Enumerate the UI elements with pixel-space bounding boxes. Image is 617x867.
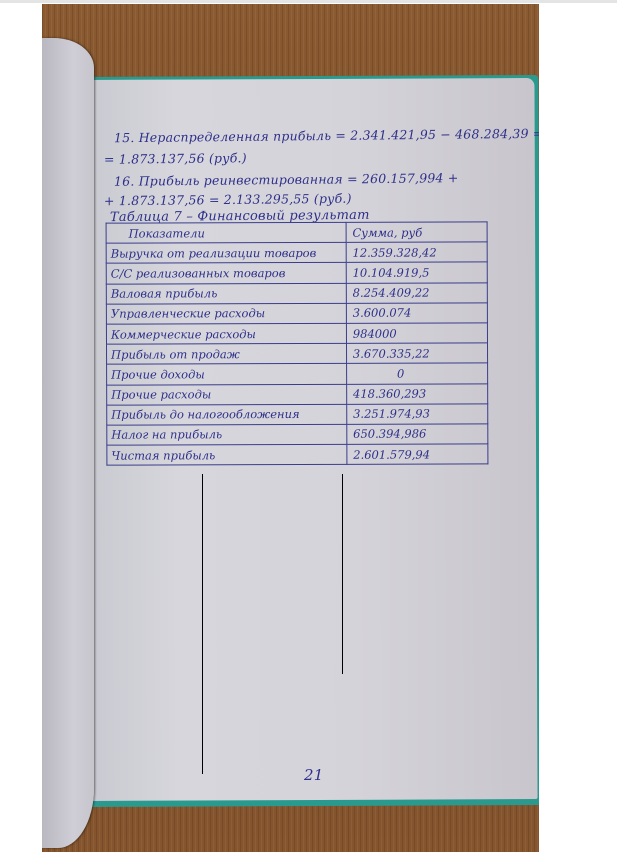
- header-indicator: Показатели: [106, 222, 346, 243]
- indicator-cell: Прибыль от продаж: [107, 343, 347, 364]
- indicator-cell: Прочие расходы: [107, 384, 347, 405]
- amount-cell: 650.394,986: [347, 424, 488, 445]
- table-row: Налог на прибыль650.394,986: [107, 424, 488, 446]
- handwritten-line-15-result: = 1.873.137,56 (руб.): [104, 150, 247, 166]
- table-row: Валовая прибыль8.254.409,22: [106, 282, 487, 304]
- table-row: Коммерческие расходы984000: [106, 323, 487, 345]
- table-row: Выручка от реализации товаров12.359.328,…: [106, 242, 487, 264]
- notebook-photo: 15. Нераспределенная прибыль = 2.341.421…: [42, 4, 539, 852]
- amount-cell: 8.254.409,22: [346, 282, 487, 303]
- page-number: 21: [304, 766, 324, 784]
- indicator-cell: С/С реализованных товаров: [106, 263, 346, 284]
- amount-cell: 984000: [346, 323, 487, 344]
- table-row: Прибыль от продаж3.670.335,22: [107, 343, 488, 365]
- indicator-cell: Прочие доходы: [107, 364, 347, 385]
- amount-cell: 3.600.074: [346, 303, 487, 324]
- amount-cell: 2.601.579,94: [347, 444, 488, 465]
- indicator-cell: Валовая прибыль: [106, 283, 346, 304]
- table-header-row: Показатели Сумма, руб: [106, 222, 487, 244]
- indicator-cell: Коммерческие расходы: [106, 323, 346, 344]
- indicator-cell: Управленческие расходы: [106, 303, 346, 324]
- amount-cell: 0: [346, 363, 487, 384]
- show-through-line: [342, 474, 344, 674]
- table-row: Прочие доходы0: [107, 363, 488, 385]
- viewer-top-border: [0, 0, 617, 3]
- left-page-curl: [42, 38, 94, 848]
- show-through-axis: [202, 474, 204, 774]
- indicator-cell: Налог на прибыль: [107, 424, 347, 445]
- indicator-cell: Чистая прибыль: [107, 444, 347, 465]
- indicator-cell: Прибыль до налогообложения: [107, 404, 347, 425]
- handwritten-line-16-result: + 1.873.137,56 = 2.133.295,55 (руб.): [104, 191, 352, 209]
- financial-results-table: Показатели Сумма, руб Выручка от реализа…: [106, 221, 489, 466]
- table-row: Прибыль до налогообложения3.251.974,93: [107, 404, 488, 426]
- table-row: Управленческие расходы3.600.074: [106, 303, 487, 325]
- table-row: Прочие расходы418.360,293: [107, 383, 488, 405]
- amount-cell: 12.359.328,42: [346, 242, 487, 263]
- table-row: Чистая прибыль2.601.579,94: [107, 444, 488, 466]
- amount-cell: 418.360,293: [346, 383, 487, 404]
- table-row: С/С реализованных товаров10.104.919,5: [106, 262, 487, 284]
- amount-cell: 10.104.919,5: [346, 262, 487, 283]
- indicator-cell: Выручка от реализации товаров: [106, 243, 346, 264]
- amount-cell: 3.670.335,22: [346, 343, 487, 364]
- header-amount: Сумма, руб: [346, 222, 487, 243]
- amount-cell: 3.251.974,93: [347, 404, 488, 425]
